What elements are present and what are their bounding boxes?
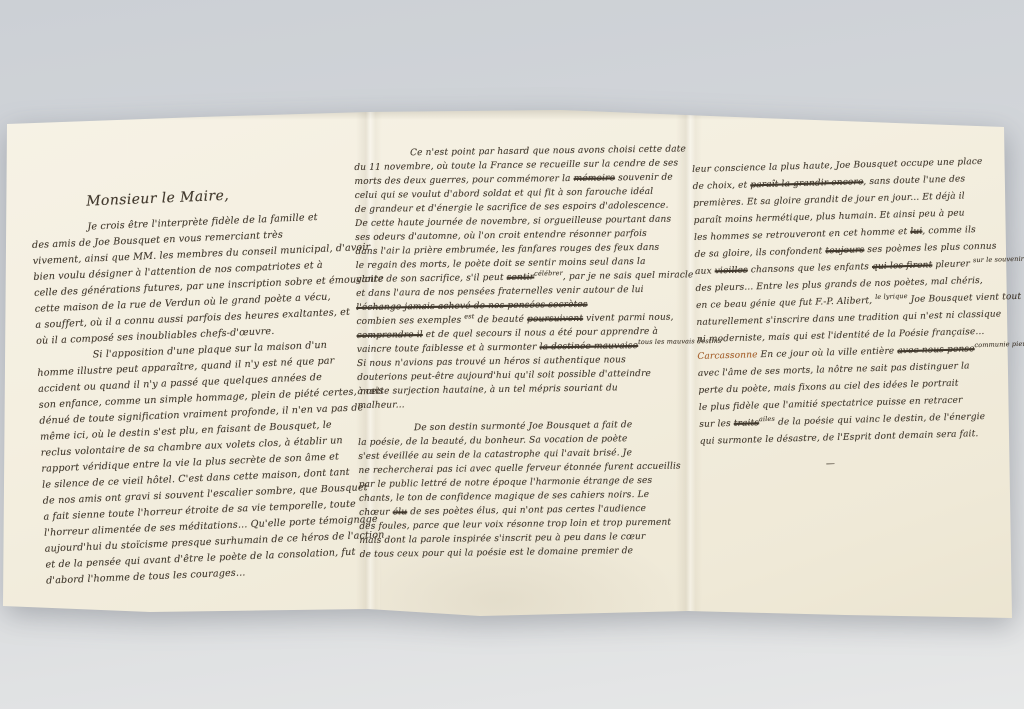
photo-background: Monsieur le Maire, Je crois être l'inter…: [0, 0, 1024, 709]
left-page: Monsieur le Maire, Je crois être l'inter…: [30, 182, 382, 590]
left-page-body: Je crois être l'interprète fidèle de la …: [31, 208, 382, 590]
right-page: leur conscience la plus haute, Joe Bousq…: [692, 153, 1021, 477]
middle-page: Ce n'est point par hasard que nous avons…: [354, 142, 694, 562]
middle-page-body: Ce n'est point par hasard que nous avons…: [354, 142, 694, 562]
paper-top-edge-shadow: [0, 110, 1024, 120]
right-page-body: leur conscience la plus haute, Joe Bousq…: [692, 153, 1020, 451]
letter-sheet-wrap: Monsieur le Maire, Je crois être l'inter…: [0, 0, 1024, 709]
